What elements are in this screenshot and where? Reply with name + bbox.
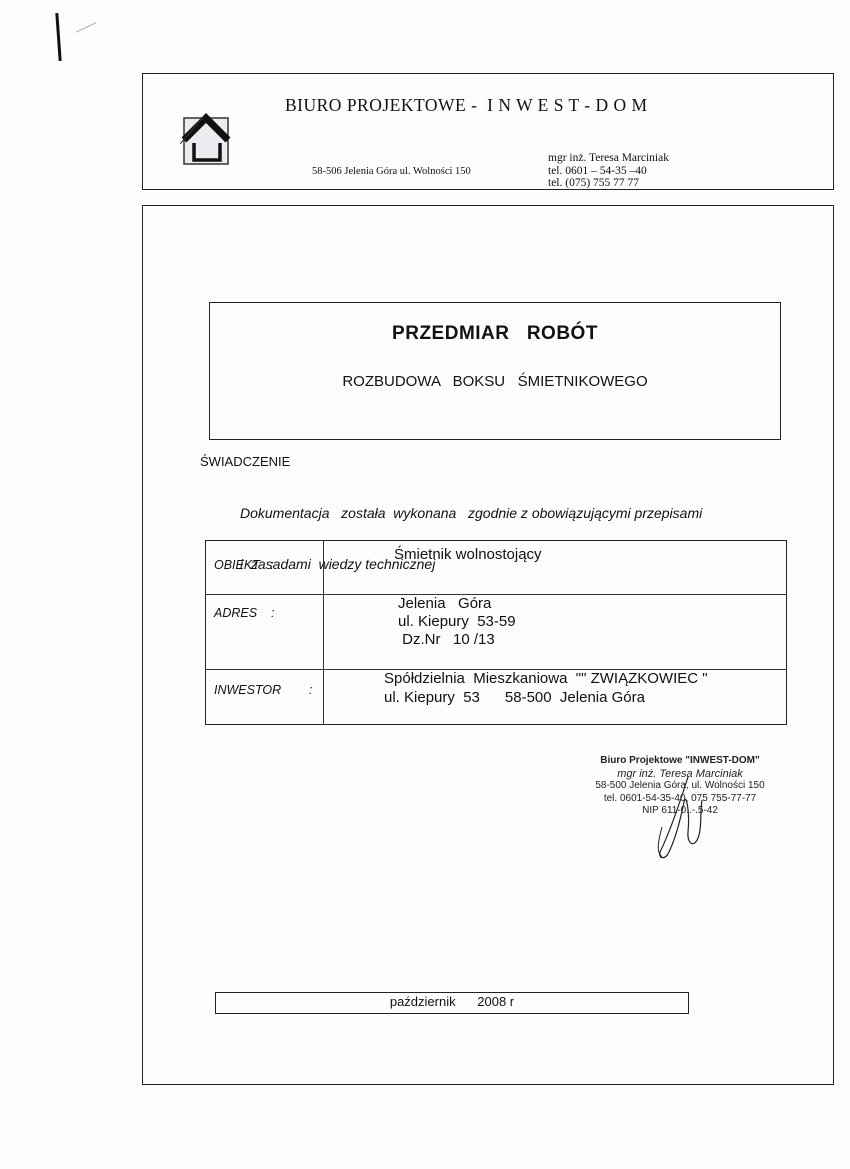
value-inwestor-address: ul. Kiepury 53 58-500 Jelenia Góra [384,689,645,706]
letterhead-box [142,73,834,190]
row-divider [206,594,786,595]
info-table: OBIEKT : Śmietnik wolnostojący ADRES : J… [205,540,787,725]
contact-phone-landline: tel. (075) 755 77 77 [548,177,669,190]
column-divider [323,541,324,724]
signature-icon [650,772,710,862]
value-adres-street: ul. Kiepury 53-59 [398,613,516,630]
declaration-line: Dokumentacja została wykonana zgodnie z … [240,505,702,522]
contact-phone-mobile: tel. 0601 – 54-35 –40 [548,165,669,178]
house-icon [180,110,232,166]
firm-address: 58-506 Jelenia Góra ul. Wolności 150 [312,166,471,177]
margin-mark [55,13,61,61]
value-inwestor-name: Spółdzielnia Mieszkaniowa "" ZWIĄZKOWIEC… [384,670,708,687]
value-obiekt: Śmietnik wolnostojący [394,546,542,563]
label-inwestor: INWESTOR : [214,683,312,697]
value-adres-city: Jelenia Góra [398,595,491,612]
value-adres-plot: Dz.Nr 10 /13 [398,631,495,648]
document-date: październik 2008 r [215,994,689,1009]
label-adres: ADRES : [214,606,274,620]
firm-name: BIURO PROJEKTOWE - I N W E S T - D O M [285,95,648,116]
declaration-label: ŚWIADCZENIE [200,454,290,469]
stamp-title: Biuro Projektowe "INWEST-DOM" [585,755,775,768]
pen-scribble [76,22,96,32]
contact-person: mgr inż. Teresa Marciniak [548,152,669,165]
label-obiekt: OBIEKT : [214,558,274,572]
contact-block: mgr inż. Teresa Marciniak tel. 0601 – 54… [548,152,669,190]
document-subtitle: ROZBUDOWA BOKSU ŚMIETNIKOWEGO [209,373,781,390]
document-title: PRZEDMIAR ROBÓT [209,323,781,345]
